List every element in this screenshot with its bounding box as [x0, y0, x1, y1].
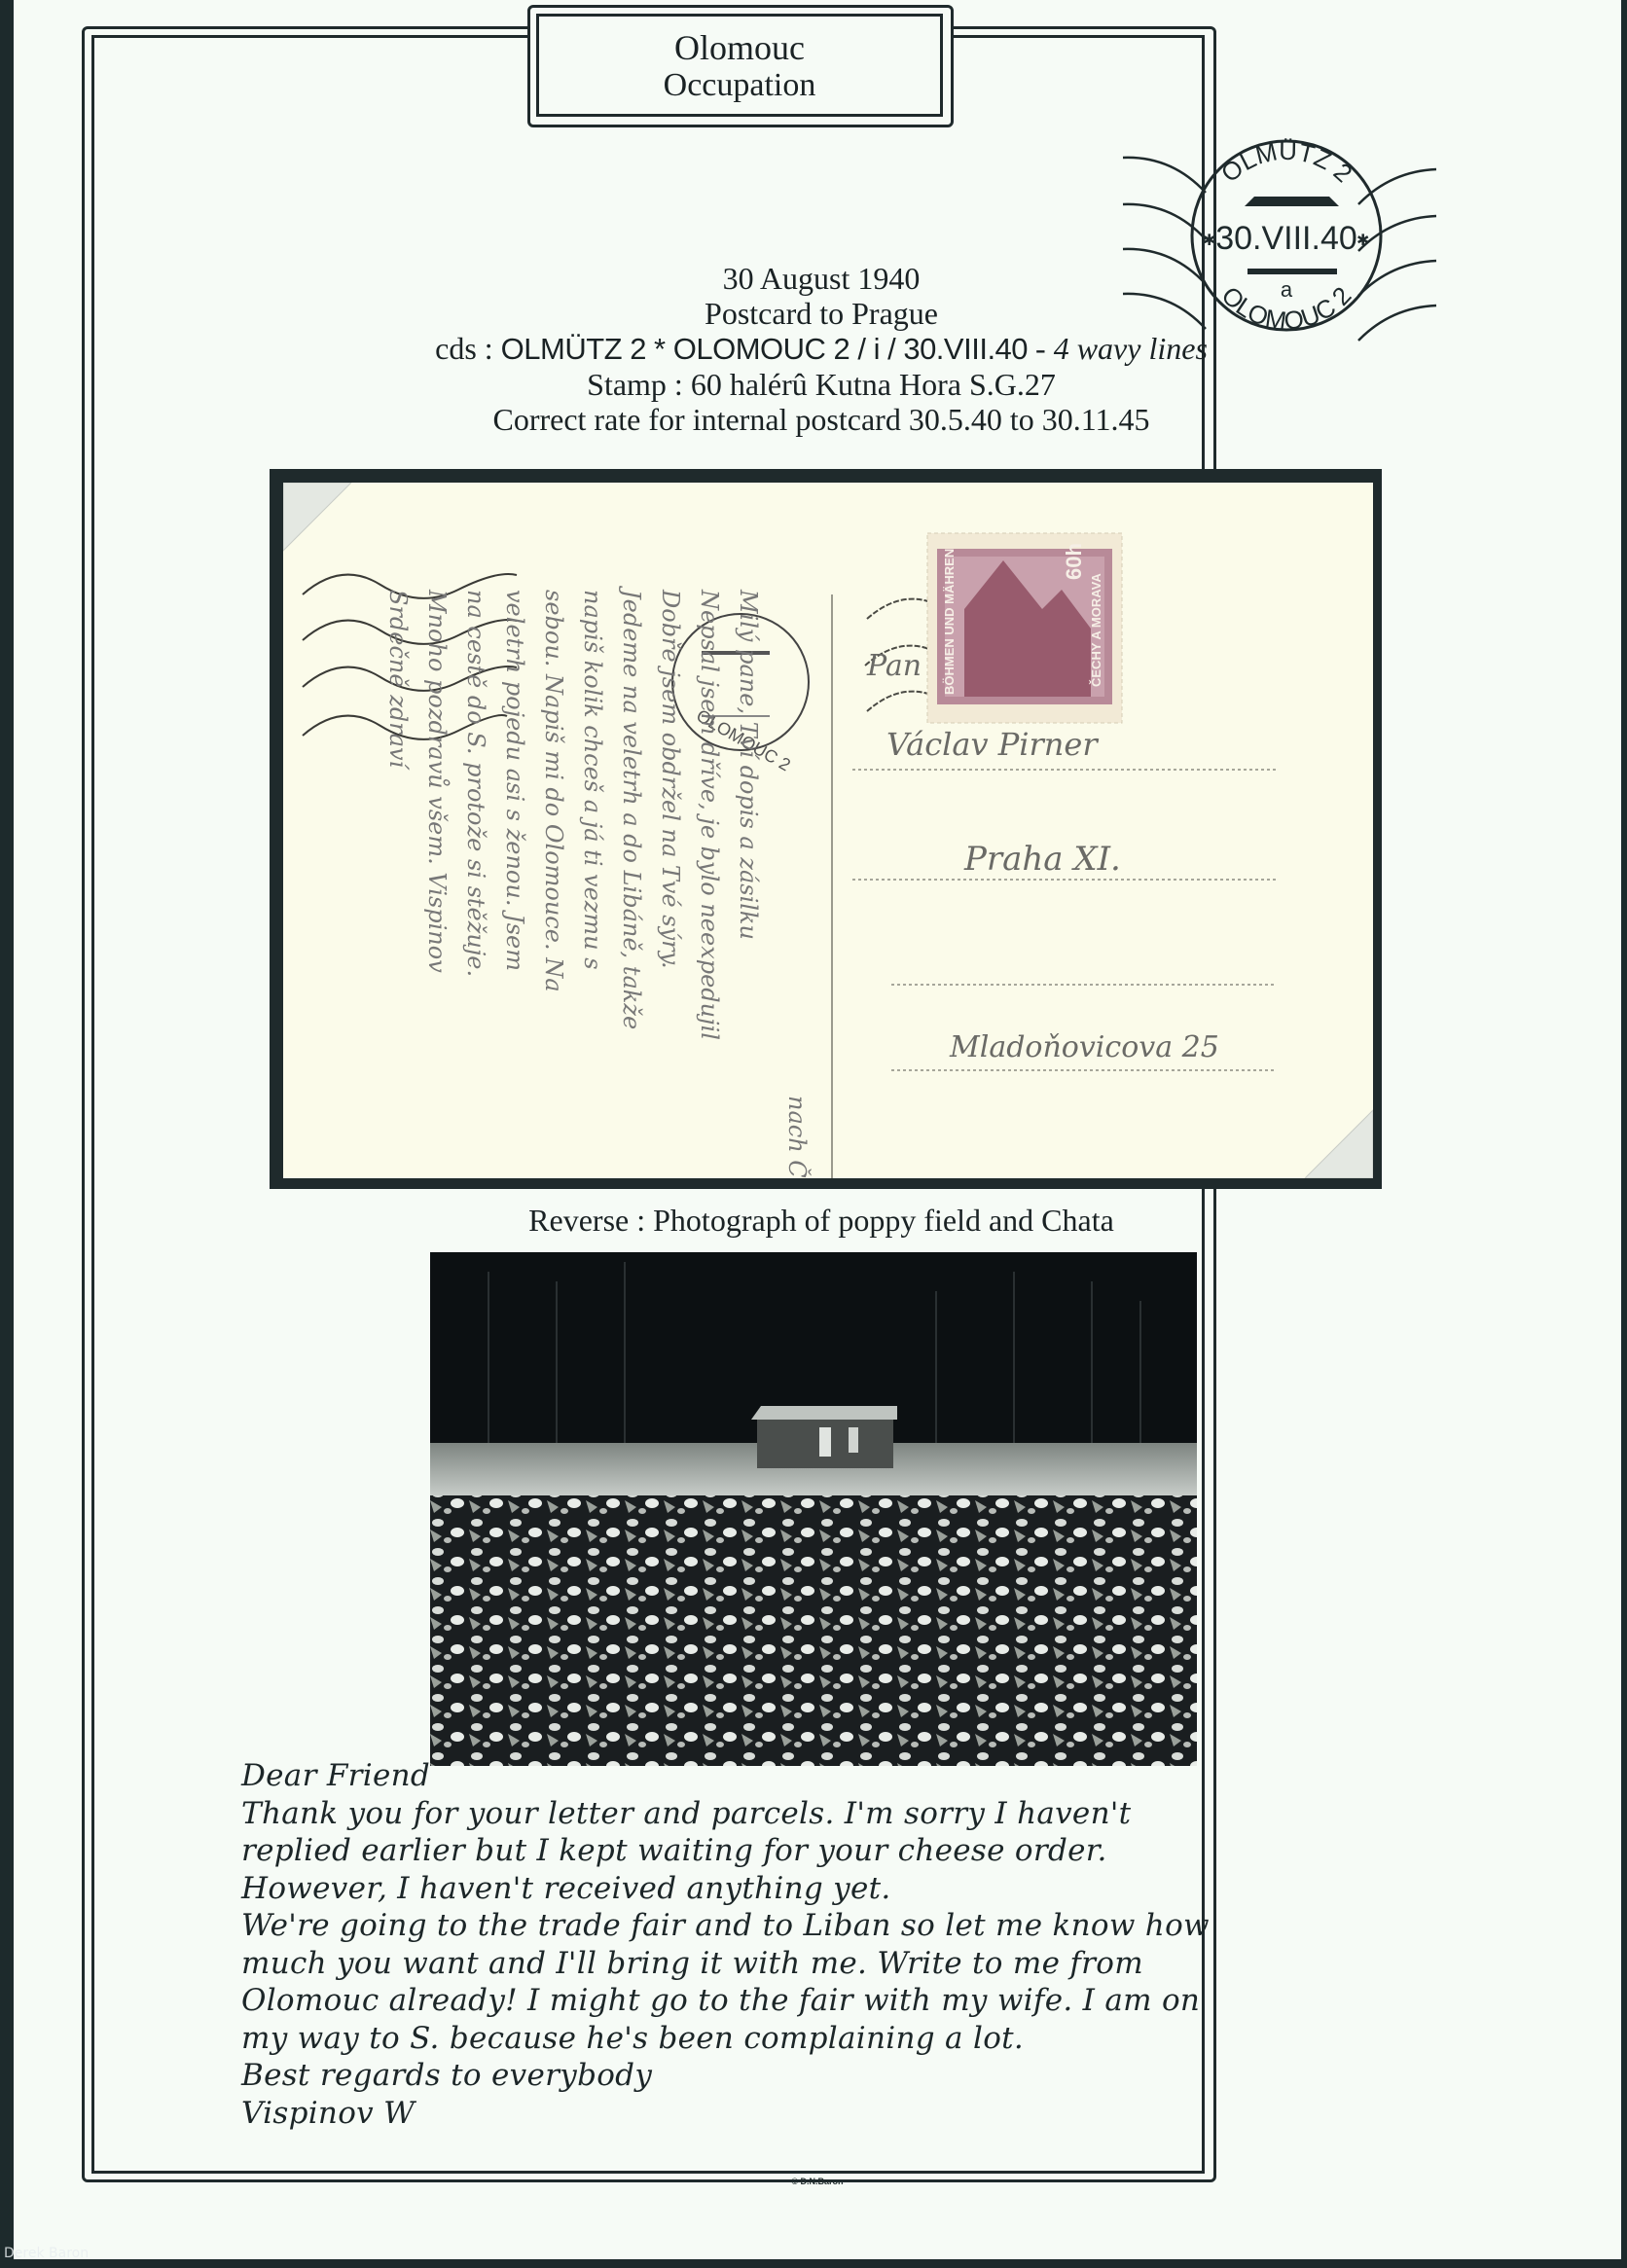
scanner-watermark: Derek Baron	[4, 2246, 89, 2261]
reverse-caption: Reverse : Photograph of poppy field and …	[306, 1201, 1337, 1240]
svg-text:Mnoho pozdravů všem. Vispinov: Mnoho pozdravů všem. Vispinov	[423, 589, 451, 973]
letter-line: Dear Friend	[241, 1757, 1409, 1795]
svg-text:napiš kolik chceš a já ti vezm: napiš kolik chceš a já ti vezmu s	[579, 590, 606, 970]
svg-text:ČECHY A MORAVA: ČECHY A MORAVA	[1089, 573, 1103, 687]
photo-image	[430, 1252, 1197, 1766]
stamp-description: Stamp : 60 halérû Kutna Hora S.G.27	[306, 367, 1337, 402]
letter-line: replied earlier but I kept waiting for y…	[241, 1832, 1409, 1870]
svg-text:✱: ✱	[1203, 231, 1215, 249]
svg-text:na cestě do S. protože si stěž: na cestě do S. protože si stěžuje.	[462, 590, 489, 977]
item-description: 30 August 1940 Postcard to Prague cds : …	[306, 261, 1337, 437]
page-title: Olomouc	[539, 28, 940, 67]
postage-rate: Correct rate for internal postcard 30.5.…	[306, 402, 1337, 437]
item-date: 30 August 1940	[306, 261, 1337, 296]
page-subtitle: Occupation	[539, 67, 940, 104]
svg-text:Pan: Pan	[866, 649, 922, 683]
svg-text:30.VIII.40: 30.VIII.40	[1215, 220, 1357, 257]
svg-text:nach Česa 2ge: nach Česa 2ge	[783, 1096, 812, 1178]
poppy-field-photograph	[430, 1252, 1197, 1766]
title-box: Olomouc Occupation	[536, 14, 943, 117]
item-type: Postcard to Prague	[306, 296, 1337, 331]
svg-text:Srdečně zdraví: Srdečně zdraví	[384, 590, 412, 772]
letter-translation: Dear Friend Thank you for your letter an…	[241, 1757, 1409, 2132]
svg-text:Milý pane, Tví dopis a zásilku: Milý pane, Tví dopis a zásilku	[735, 589, 762, 940]
letter-line: However, I haven't received anything yet…	[241, 1870, 1409, 1908]
cds-label: cds :	[435, 331, 501, 366]
svg-text:Mladoňovicova 25: Mladoňovicova 25	[949, 1030, 1219, 1064]
cds-value: OLMÜTZ 2 * OLOMOUC 2 / i / 30.VIII.40	[501, 332, 1028, 366]
svg-text:60h: 60h	[1062, 543, 1086, 580]
album-page: Olomouc Occupation OLMÜTZ 2	[14, 0, 1621, 2259]
letter-line: my way to S. because he's been complaini…	[241, 2020, 1409, 2058]
letter-line: Thank you for your letter and parcels. I…	[241, 1795, 1409, 1833]
svg-text:OLMÜTZ 2: OLMÜTZ 2	[1215, 136, 1358, 188]
letter-line: Vispinov W	[241, 2095, 1409, 2133]
copyright-credit: © D.N.Baron	[14, 2177, 1621, 2186]
svg-text:Praha XI.: Praha XI.	[963, 840, 1121, 879]
letter-line: much you want and I'll bring it with me.…	[241, 1945, 1409, 1983]
svg-text:✱: ✱	[1356, 231, 1369, 249]
cds-note: - 4 wavy lines	[1028, 331, 1208, 366]
svg-text:Václav Pirner: Václav Pirner	[886, 726, 1099, 763]
postcard-drawing: OLOMOUC 2 BÖHMEN UND MÄHREN ČECHY A MORA…	[283, 483, 1373, 1178]
postage-stamp: BÖHMEN UND MÄHREN ČECHY A MORAVA 60h	[927, 533, 1122, 723]
letter-line: We're going to the trade fair and to Lib…	[241, 1907, 1409, 1945]
svg-text:Nepsal jsem dříve, je bylo nee: Nepsal jsem dříve, je bylo neexpedujil	[696, 589, 723, 1040]
svg-text:veletrh pojedu asi s ženou. Js: veletrh pojedu asi s ženou. Jsem	[501, 590, 528, 971]
svg-text:sebou. Napiš mi do Olomouce. N: sebou. Napiš mi do Olomouce. Na	[540, 590, 567, 992]
postcard-front: OLOMOUC 2 BÖHMEN UND MÄHREN ČECHY A MORA…	[283, 483, 1373, 1178]
svg-text:BÖHMEN UND MÄHREN: BÖHMEN UND MÄHREN	[942, 549, 957, 695]
letter-line: Best regards to everybody	[241, 2057, 1409, 2095]
cds-line: cds : OLMÜTZ 2 * OLOMOUC 2 / i / 30.VIII…	[306, 331, 1337, 367]
svg-text:Jedeme na veletrh a do Libáně,: Jedeme na veletrh a do Libáně, takže	[618, 585, 645, 1029]
svg-text:Dobře jsem obdržel na Tvé sýry: Dobře jsem obdržel na Tvé sýry.	[657, 589, 684, 969]
letter-line: Olomouc already! I might go to the fair …	[241, 1982, 1409, 2020]
